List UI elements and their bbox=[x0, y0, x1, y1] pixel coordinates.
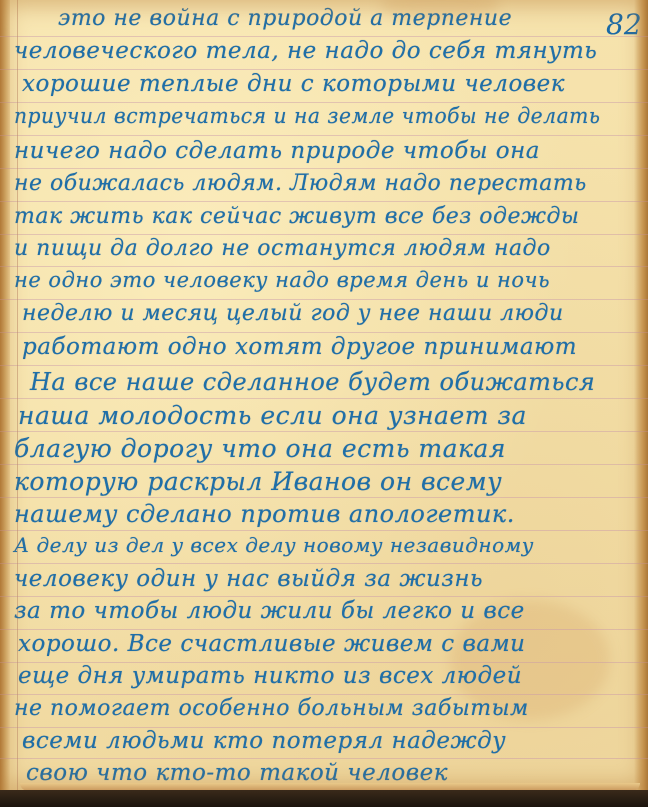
handwritten-text: это не война с природой а терпение челов… bbox=[0, 0, 648, 790]
text-line: и пищи да долго не останутся людям надо bbox=[14, 236, 551, 261]
text-line: человеку один у нас выйдя за жизнь bbox=[14, 566, 483, 592]
background-below-page bbox=[0, 790, 648, 807]
text-line: так жить как сейчас живут все без одежды bbox=[14, 204, 579, 229]
text-line: На все наше сделанное будет обижаться bbox=[30, 368, 595, 396]
text-line: человеческого тела, не надо до себя тяну… bbox=[14, 38, 597, 64]
text-line: хорошие теплые дни с которыми человек bbox=[22, 71, 565, 97]
text-line: работают одно хотят другое принимают bbox=[22, 334, 577, 360]
text-line: хорошо. Все счастливые живем с вами bbox=[18, 631, 525, 657]
text-line: А делу из дел у всех делу новому незавид… bbox=[14, 533, 534, 557]
text-line: наша молодость если она узнает за bbox=[18, 401, 527, 430]
notebook-page: 82 это не война с природой а терпение че… bbox=[0, 0, 648, 790]
text-line: приучил встречаться и на земле чтобы не … bbox=[14, 104, 600, 128]
text-line: нашему сделано против апологетик. bbox=[14, 500, 515, 528]
text-line: всеми людьми кто потерял надежду bbox=[22, 728, 506, 754]
text-line: ничего надо сделать природе чтобы она bbox=[14, 138, 540, 164]
text-line: не обижалась людям. Людям надо перестать bbox=[14, 171, 587, 196]
text-line: это не война с природой а терпение bbox=[58, 6, 512, 31]
text-line: не одно это человеку надо время день и н… bbox=[14, 268, 550, 292]
text-line: за то чтобы люди жили бы легко и все bbox=[14, 598, 525, 624]
text-line: благую дорогу что она есть такая bbox=[14, 434, 506, 463]
text-line: еще дня умирать никто из всех людей bbox=[18, 663, 522, 689]
text-line: не помогает особенно больным забытым bbox=[14, 696, 529, 721]
text-line: неделю и месяц целый год у нее наши люди bbox=[22, 301, 564, 326]
text-line: которую раскрыл Иванов он всему bbox=[14, 467, 502, 496]
